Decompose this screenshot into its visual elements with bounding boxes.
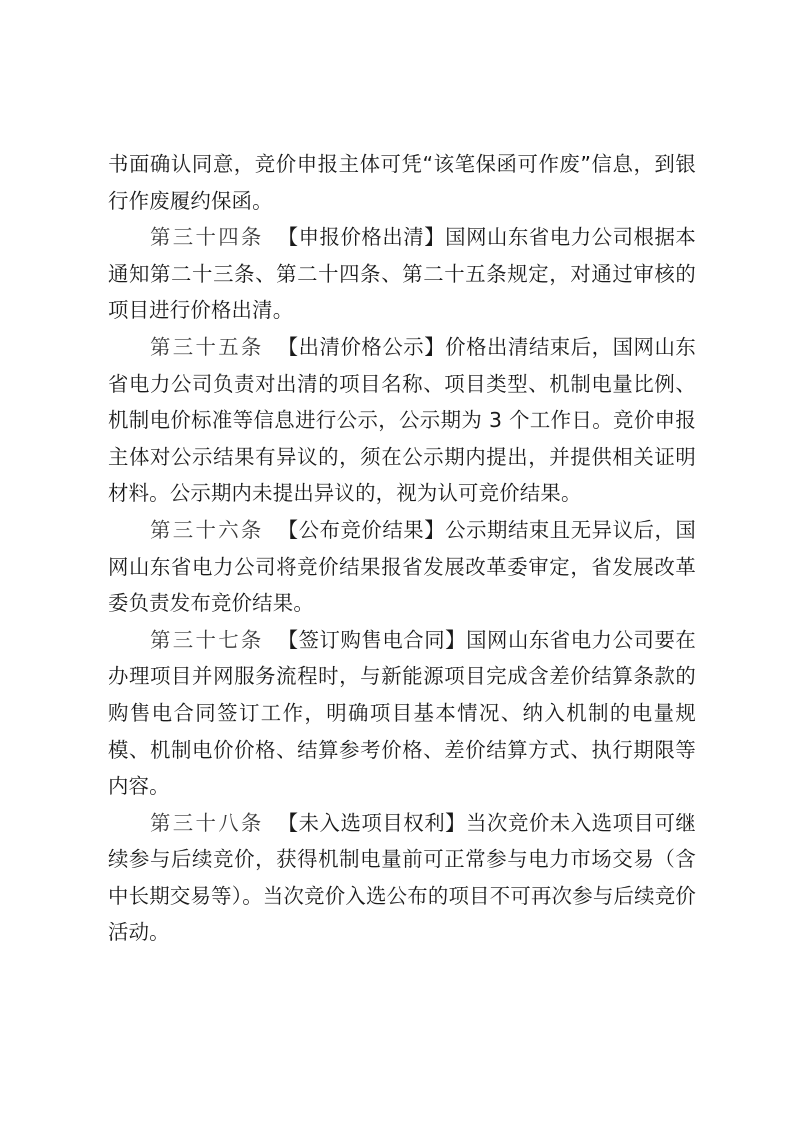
article-34: 第三十四条【申报价格出清】国网山东省电力公司根据本通知第二十三条、第二十四条、第…: [108, 219, 696, 329]
article-number: 第三十五条: [150, 335, 264, 359]
continuation-paragraph: 书面确认同意，竞价申报主体可凭“该笔保函可作废”信息，到银行作废履约保函。: [108, 146, 696, 219]
article-number: 第三十六条: [150, 518, 264, 542]
article-36: 第三十六条【公布竞价结果】公示期结束且无异议后，国网山东省电力公司将竞价结果报省…: [108, 512, 696, 622]
document-page: 书面确认同意，竞价申报主体可凭“该笔保函可作废”信息，到银行作废履约保函。 第三…: [108, 146, 696, 951]
article-title: 【签订购售电合同】: [278, 628, 466, 652]
article-number: 第三十七条: [150, 628, 264, 652]
article-35: 第三十五条【出清价格公示】价格出清结束后，国网山东省电力公司负责对出清的项目名称…: [108, 329, 696, 512]
article-number: 第三十八条: [150, 811, 264, 835]
article-body: 国网山东省电力公司要在办理项目并网服务流程时，与新能源项目完成含差价结算条款的购…: [108, 628, 696, 798]
article-38: 第三十八条【未入选项目权利】当次竞价未入选项目可继续参与后续竞价，获得机制电量前…: [108, 805, 696, 951]
article-title: 【出清价格公示】: [278, 335, 445, 359]
article-title: 【申报价格出清】: [278, 225, 445, 249]
article-title: 【公布竞价结果】: [278, 518, 445, 542]
article-body: 价格出清结束后，国网山东省电力公司负责对出清的项目名称、项目类型、机制电量比例、…: [108, 335, 696, 505]
article-title: 【未入选项目权利】: [278, 811, 466, 835]
article-number: 第三十四条: [150, 225, 264, 249]
article-37: 第三十七条【签订购售电合同】国网山东省电力公司要在办理项目并网服务流程时，与新能…: [108, 622, 696, 805]
